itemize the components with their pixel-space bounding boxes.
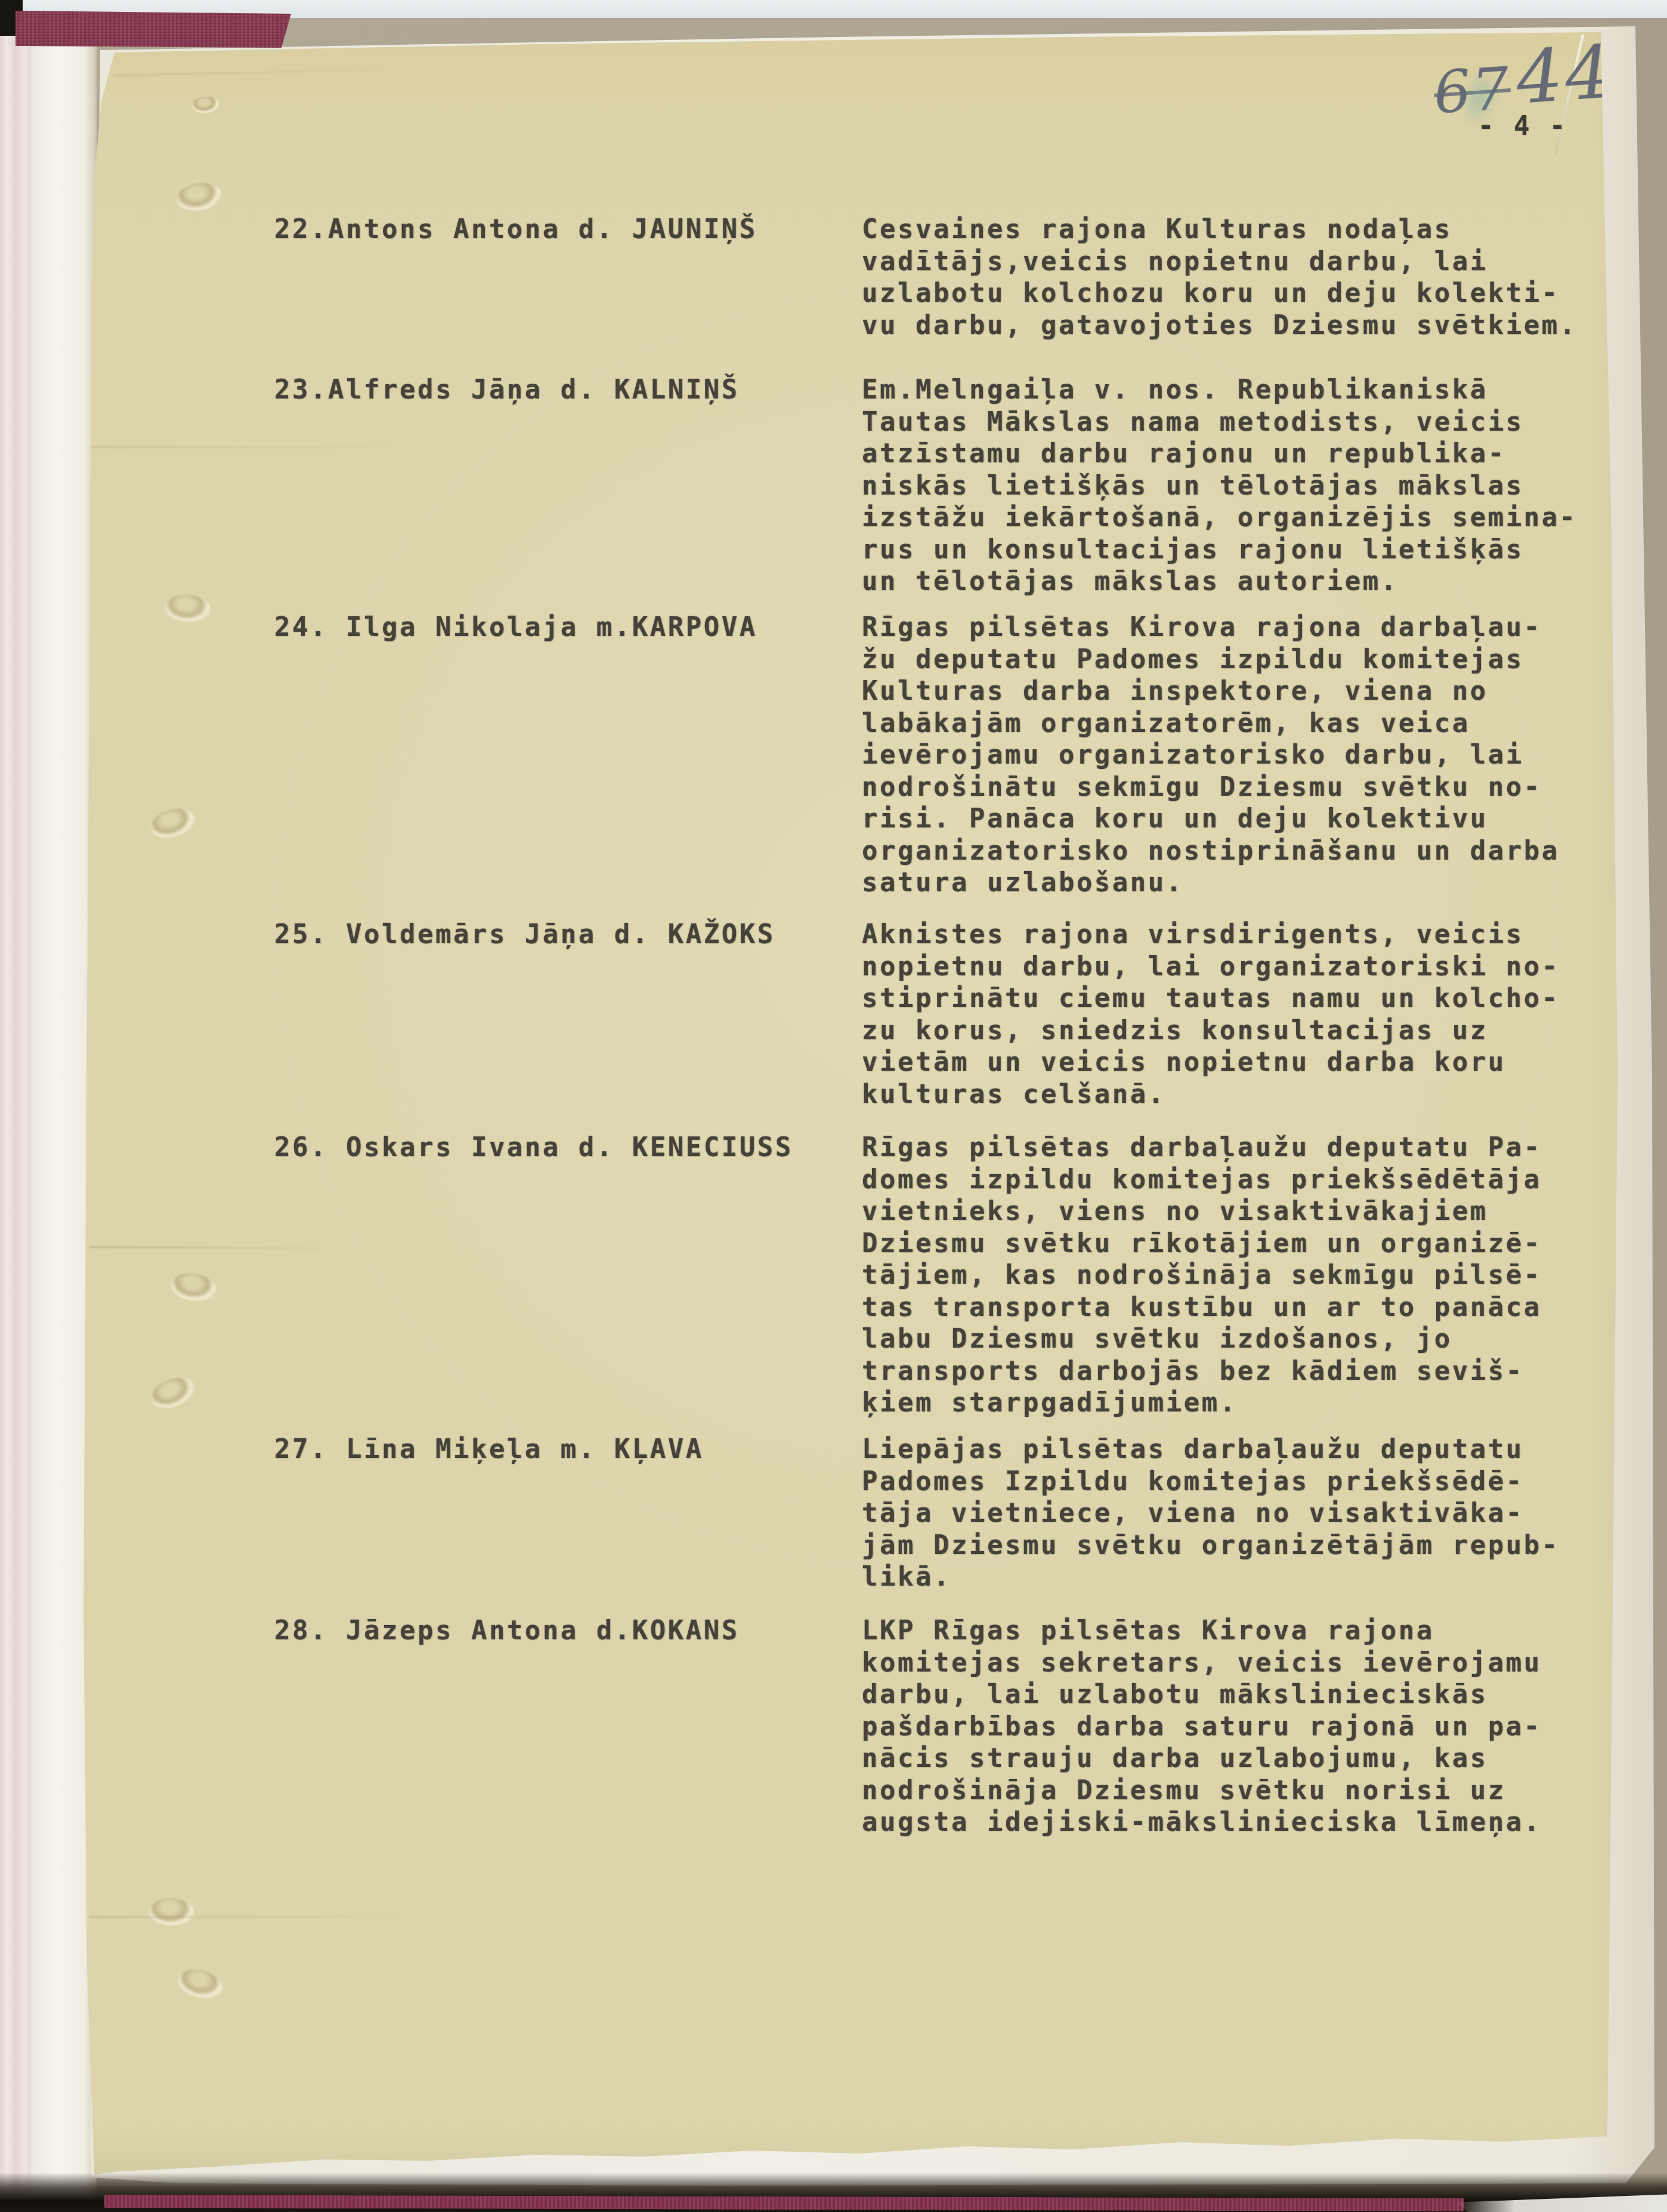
description-line: pašdarbības darba saturu rajonā un pa- (862, 1711, 1625, 1743)
entry-description: Aknistes rajona virsdirigents, veicis no… (862, 919, 1625, 1110)
description-line: labu Dziesmu svētku izdošanos, jo (862, 1323, 1625, 1355)
binder-cloth-bottom (104, 2195, 1464, 2211)
entry-description: Em.Melngaiļa v. nos. Republikaniskā Taut… (862, 374, 1625, 598)
description-line: ievērojamu organizatorisko darbu, lai (862, 739, 1625, 771)
entry-description: Cesvaines rajona Kulturas nodaļas vadītā… (862, 214, 1625, 341)
entry-description: Rīgas pilsētas darbaļaužu deputatu Pa- d… (862, 1132, 1625, 1419)
description-line: nācis strauju darba uzlabojumu, kas (862, 1743, 1625, 1775)
entry-name: 22.Antons Antona d. JAUNIŅŠ (274, 214, 757, 246)
paper-crease (89, 1916, 400, 1918)
description-line: risi. Panāca koru un deju kolektivu (862, 803, 1625, 835)
description-line: rus un konsultacijas rajonu lietišķās (862, 534, 1625, 566)
description-line: komitejas sekretars, veicis ievērojamu (862, 1647, 1625, 1679)
description-line: nodrošināja Dziesmu svētku norisi uz (862, 1775, 1625, 1807)
entry-name: 25. Voldemārs Jāņa d. KAŽOKS (274, 919, 775, 951)
description-line: žu deputatu Padomes izpildu komitejas (862, 644, 1625, 676)
description-line: labākajām organizatorēm, kas veica (862, 708, 1625, 740)
description-line: nopietnu darbu, lai organizatoriski no- (862, 951, 1625, 983)
description-line: Tautas Mākslas nama metodists, veicis (862, 406, 1625, 438)
paper-dent (147, 804, 199, 842)
description-line: uzlabotu kolchozu koru un deju kolekti- (862, 277, 1625, 310)
description-line: Cesvaines rajona Kulturas nodaļas (862, 214, 1625, 246)
description-line: satura uzlabošanu. (862, 867, 1625, 899)
paper-dent (175, 180, 224, 214)
description-line: atzīstamu darbu rajonu un republika- (862, 438, 1625, 470)
entry-name: 27. Līna Miķeļa m. KĻAVA (274, 1434, 704, 1466)
paper-crease (113, 69, 394, 76)
description-line: Rīgas pilsētas darbaļaužu deputatu Pa- (862, 1132, 1625, 1164)
description-line: kulturas celšanā. (862, 1079, 1625, 1111)
entry-name: 23.Alfreds Jāņa d. KALNIŅŠ (274, 374, 740, 406)
paper-dent (169, 1270, 219, 1305)
description-line: Liepājas pilsētas darbaļaužu deputatu (862, 1434, 1625, 1466)
description-line: izstāžu iekārtošanā, organizējis semina- (862, 502, 1625, 534)
description-line: likā. (862, 1561, 1625, 1593)
description-line: Dziesmu svētku rīkotājiem un organizē- (862, 1228, 1625, 1260)
paper-dent (191, 96, 219, 115)
description-line: jām Dziesmu svētku organizētājām repub- (862, 1530, 1625, 1562)
entry-description: LKP Rīgas pilsētas Kirova rajona komitej… (862, 1615, 1625, 1839)
description-line: Rīgas pilsētas Kirova rajona darbaļau- (862, 611, 1625, 644)
entry-name: 28. Jāzeps Antona d.KOKANS (274, 1615, 740, 1647)
description-line: vadītājs,veicis nopietnu darbu, lai (862, 246, 1625, 278)
entry-description: Liepājas pilsētas darbaļaužu deputatu Pa… (862, 1434, 1625, 1593)
binder-bottom-shadow (0, 2173, 1667, 2212)
paper-dent (147, 1372, 199, 1413)
description-line: darbu, lai uzlabotu mākslinieciskās (862, 1679, 1625, 1711)
description-line: tas transporta kustību un ar to panāca (862, 1292, 1625, 1324)
description-line: Padomes Izpildu komitejas priekšsēdē- (862, 1466, 1625, 1498)
description-line: un tēlotājas mākslas autoriem. (862, 566, 1625, 598)
description-line: Kulturas darba inspektore, viena no (862, 675, 1625, 708)
page-stack-edge-outer (0, 16, 32, 2212)
description-line: zu korus, sniedzis konsultacijas uz (862, 1015, 1625, 1047)
entry-name: 26. Oskars Ivana d. KENECIUSS (274, 1132, 793, 1164)
description-line: organizatorisko nostiprināšanu un darba (862, 835, 1625, 867)
paper-dent (164, 593, 212, 624)
description-line: vietām un veicis nopietnu darba koru (862, 1046, 1625, 1079)
description-line: domes izpildu komitejas priekšsēdētāja (862, 1164, 1625, 1196)
description-line: Aknistes rajona virsdirigents, veicis (862, 919, 1625, 951)
description-line: vietnieks, viens no visaktivākajiem (862, 1195, 1625, 1228)
description-line: Em.Melngaiļa v. nos. Republikaniskā (862, 374, 1625, 406)
description-line: LKP Rīgas pilsētas Kirova rajona (862, 1615, 1625, 1647)
description-line: stiprinātu ciemu tautas namu un kolcho- (862, 983, 1625, 1015)
entry-name: 24. Ilga Nikolaja m.KARPOVA (274, 611, 757, 644)
paper-dent (149, 1898, 195, 1927)
description-line: niskās lietišķās un tēlotājas mākslas (862, 470, 1625, 502)
paper-crease (89, 1246, 322, 1249)
description-line: vu darbu, gatavojoties Dziesmu svētkiem. (862, 310, 1625, 342)
page-number: - 4 - (1478, 110, 1567, 143)
description-line: tāja vietniece, viena no visaktivāka- (862, 1497, 1625, 1530)
description-line: nodrošinātu sekmīgu Dziesmu svētku no- (862, 771, 1625, 804)
description-line: augsta idejiski-mākslinieciska līmeņa. (862, 1806, 1625, 1839)
document-page: 67 44 - 4 - 22.Antons Antona d. JAUNIŅŠ … (0, 0, 1667, 2212)
paper-dent (175, 1964, 226, 2003)
scanned-archive-document: 67 44 - 4 - 22.Antons Antona d. JAUNIŅŠ … (0, 0, 1667, 2212)
bottom-right-sheet-corner (1455, 2191, 1667, 2212)
entry-description: Rīgas pilsētas Kirova rajona darbaļau- ž… (862, 611, 1625, 899)
paper-crease (89, 446, 388, 448)
description-line: ķiem starpgadījumiem. (862, 1387, 1625, 1419)
description-line: transports darbojās bez kādiem seviš- (862, 1355, 1625, 1388)
binder-cloth-top (16, 11, 291, 48)
description-line: tājiem, kas nodrošināja sekmīgu pilsē- (862, 1259, 1625, 1292)
